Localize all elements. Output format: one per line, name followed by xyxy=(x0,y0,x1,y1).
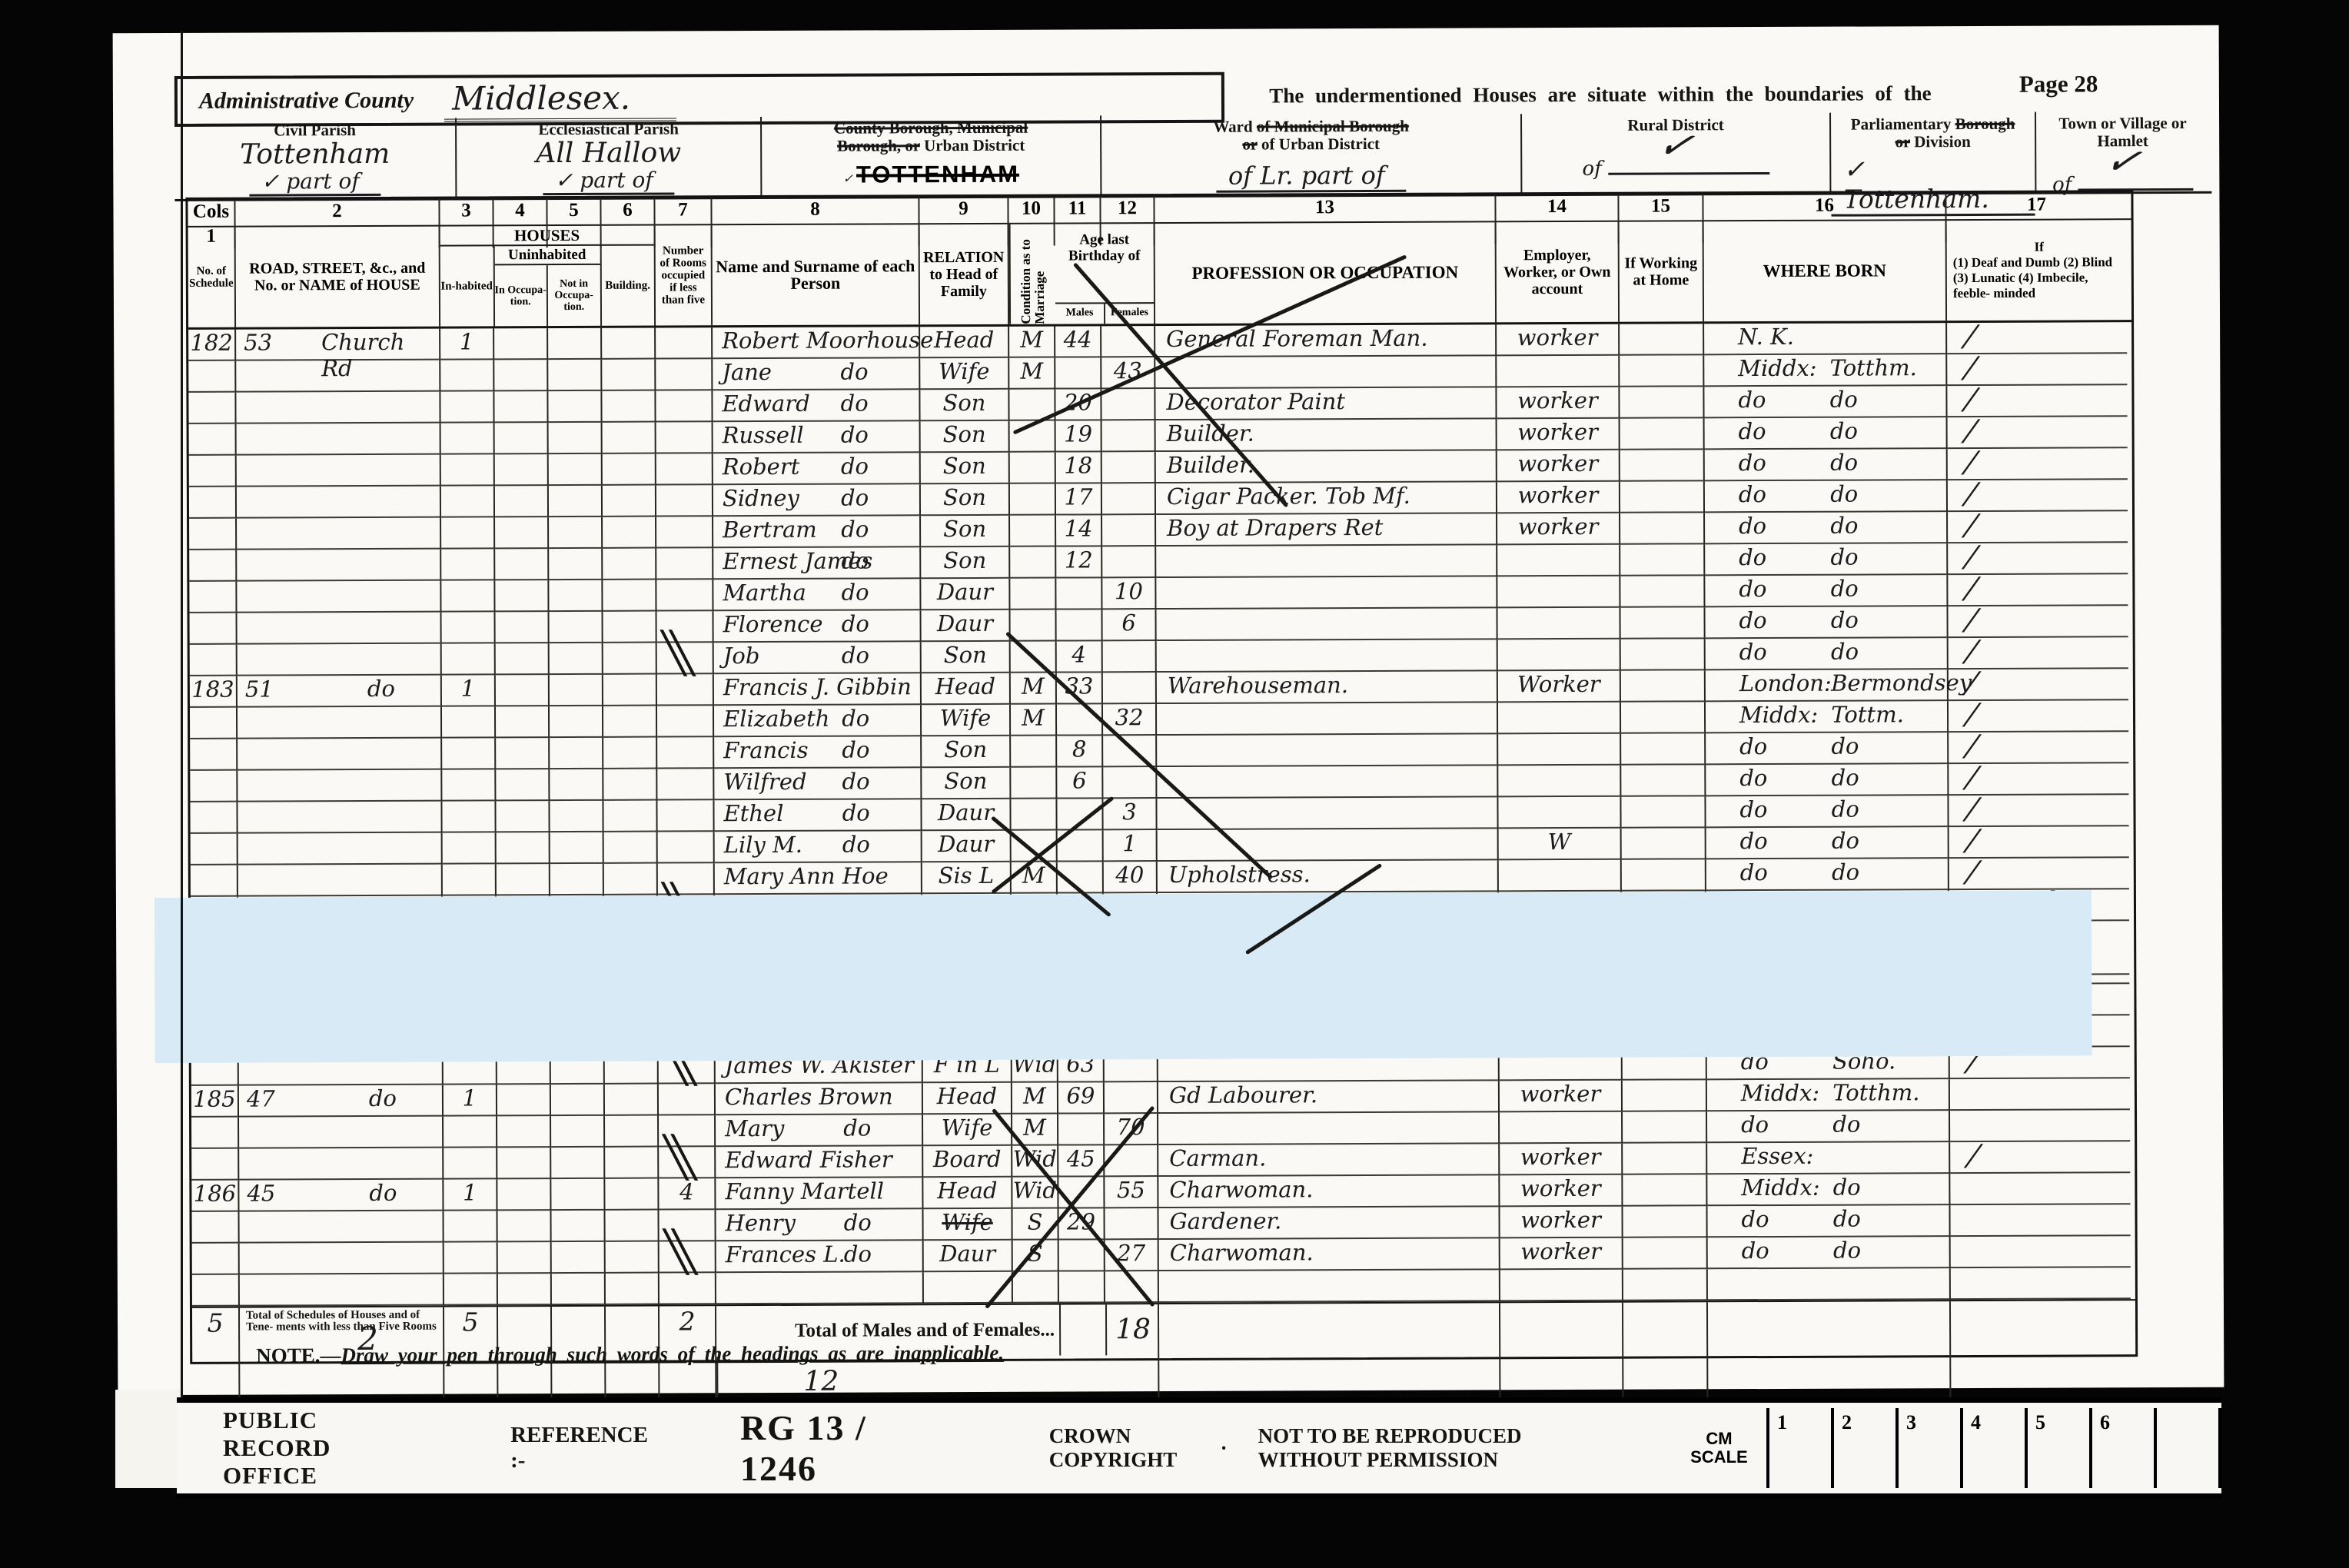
cell-uninhabited-not xyxy=(550,769,603,801)
born-county: Essex: xyxy=(1741,1143,1813,1169)
cell-uninhabited-occupied xyxy=(495,580,549,612)
cell-name: Charles Brown xyxy=(716,1083,923,1115)
cell-uninhabited-occupied xyxy=(496,769,550,801)
cell-age-male: 6 xyxy=(1057,767,1103,799)
cell-relation: Son xyxy=(921,453,1010,484)
person-name: Edward Fisher xyxy=(725,1146,892,1173)
cell-uninhabited-not xyxy=(550,612,603,643)
page-binding-line xyxy=(181,31,183,1485)
cell-schedule xyxy=(189,424,237,456)
cell-inhabited xyxy=(442,801,496,832)
born-place: do xyxy=(1830,513,1858,539)
header-condition: Condition as to Marriage xyxy=(1009,224,1055,324)
infirmity-tick: / xyxy=(1963,449,1979,475)
header-name: Name and Surname of each Person xyxy=(713,224,920,325)
cell-infirmity: / xyxy=(1948,417,2128,449)
cell-employer: worker xyxy=(1497,482,1620,514)
cell-rooms xyxy=(657,706,714,737)
cell-working-at-home xyxy=(1621,670,1706,702)
cell-building xyxy=(602,360,656,391)
occupation-text: Gardener. xyxy=(1169,1208,1281,1234)
ditto-mark: do xyxy=(842,705,869,731)
cell-uninhabited-not xyxy=(549,454,603,486)
born-county: do xyxy=(1739,639,1767,665)
cell-uninhabited-not xyxy=(550,864,604,895)
cell-working-at-home xyxy=(1621,796,1706,828)
cell-employer: worker xyxy=(1500,1207,1623,1239)
infirmity-tick: / xyxy=(1965,827,1980,853)
cell-occupation: Carman. xyxy=(1158,1144,1500,1177)
cell-occupation xyxy=(1157,766,1498,799)
cell-rooms xyxy=(656,517,713,548)
cell-infirmity xyxy=(1950,1110,2130,1142)
cell-address xyxy=(236,360,440,393)
cell-condition: M xyxy=(1011,705,1057,736)
cell-uninhabited-occupied xyxy=(497,1085,551,1116)
cell-inhabited xyxy=(441,517,495,549)
county-borough-label: County Borough, MunicipalBorough, or Urb… xyxy=(834,119,1028,155)
born-place: do xyxy=(1832,765,1859,791)
cell-age-male xyxy=(1056,610,1102,641)
cell-relation: Wife xyxy=(923,1209,1012,1241)
cell-working-at-home xyxy=(1620,607,1705,639)
ditto-mark: do xyxy=(841,421,869,447)
cell-age-male: 14 xyxy=(1056,515,1102,546)
cell-inhabited xyxy=(441,454,495,486)
household-separator-mark: ╲╲ xyxy=(664,1229,682,1275)
cell-rooms xyxy=(659,1084,716,1115)
cm-scale-cell-1: 1 xyxy=(1769,1408,1834,1488)
header-infirmity: If (1) Deaf and Dumb (2) Blind (3) Lunat… xyxy=(1947,220,2127,321)
cell-employer: worker xyxy=(1497,324,1620,357)
born-place: do xyxy=(1832,1111,1860,1138)
cell-age-male xyxy=(1056,578,1102,610)
civil-parish-cell: Civil Parish Tottenham ✓ part of xyxy=(174,118,457,199)
cell-name: Wilfreddo xyxy=(714,768,922,800)
ditto-mark: do xyxy=(842,768,869,794)
cell-name: Marthado xyxy=(713,579,921,611)
cell-occupation: Warehouseman. xyxy=(1157,671,1498,704)
cell-employer xyxy=(1499,860,1622,892)
cell-schedule xyxy=(189,487,237,519)
cell-schedule xyxy=(191,834,238,865)
cell-uninhabited-not xyxy=(548,360,602,391)
cell-relation: Son xyxy=(922,642,1011,673)
cell-age-male xyxy=(1059,1271,1105,1303)
cell-address xyxy=(238,802,442,834)
cell-building xyxy=(605,1179,659,1211)
cell-condition xyxy=(1010,453,1056,484)
cell-inhabited xyxy=(444,1211,497,1242)
cell-occupation: Builder. xyxy=(1156,450,1497,483)
cell-where-born: dodo xyxy=(1708,1237,1951,1269)
cell-schedule xyxy=(190,802,238,834)
cell-uninhabited-not xyxy=(552,1274,606,1305)
cell-name: Francisdo xyxy=(714,736,922,769)
cell-building xyxy=(603,486,656,517)
film-edge-strip xyxy=(115,1390,181,1488)
infirmity-tick: / xyxy=(1964,701,1979,727)
cell-inhabited xyxy=(440,360,494,391)
cell-condition xyxy=(1010,484,1056,516)
cell-relation: Son xyxy=(920,390,1009,421)
cell-relation: Head xyxy=(923,1083,1012,1115)
cell-building xyxy=(602,328,656,360)
cell-rooms: ╲╲ xyxy=(659,1147,716,1178)
cell-where-born: dodo xyxy=(1706,859,1949,891)
person-name: Francis xyxy=(723,737,808,763)
cm-scale-cell-6: 6 xyxy=(2092,1408,2157,1488)
household-separator-mark: ╲╲ xyxy=(663,1134,681,1181)
cell-uninhabited-occupied xyxy=(494,391,548,423)
cell-rooms xyxy=(656,422,713,453)
cell-age-male xyxy=(1057,799,1103,830)
reference-label: REFERENCE :- xyxy=(510,1423,648,1473)
cell-where-born: dodo xyxy=(1706,733,1949,765)
cell-where-born: dodo xyxy=(1705,417,1948,450)
cell-schedule xyxy=(189,456,237,487)
cell-infirmity: / xyxy=(1948,543,2128,575)
cell-working-at-home xyxy=(1623,1174,1707,1206)
county-borough-cell: County Borough, MunicipalBorough, or Urb… xyxy=(762,115,1101,197)
cell-age-male: 17 xyxy=(1056,483,1102,515)
address-number: 51 xyxy=(245,676,274,702)
header-relation: RELATION to Head of Family xyxy=(920,224,1009,324)
cell-schedule xyxy=(191,865,238,897)
born-county: do xyxy=(1739,544,1766,570)
header-rooms: Number of Rooms occupied if less than fi… xyxy=(656,225,713,325)
cell-schedule xyxy=(190,708,238,739)
separator-dot: · xyxy=(1221,1437,1228,1460)
ward-cell: Ward of Municipal Boroughor of Urban Dis… xyxy=(1101,114,1522,195)
cell-infirmity: / xyxy=(1947,385,2127,417)
cell-age-female xyxy=(1102,515,1156,546)
total-males-females-label: Total of Males and of Females... xyxy=(716,1320,1059,1343)
cell-infirmity xyxy=(1950,1078,2130,1111)
cell-working-at-home xyxy=(1621,765,1706,796)
cell-relation: Wife xyxy=(922,705,1011,736)
header-uninhabited: Uninhabited xyxy=(494,246,600,266)
cell-building xyxy=(606,1274,660,1305)
cell-uninhabited-not xyxy=(549,423,603,454)
cell-uninhabited-occupied xyxy=(495,454,549,486)
cell-inhabited xyxy=(443,832,497,864)
cell-infirmity: / xyxy=(1949,669,2128,701)
cm-scale-cell-4: 4 xyxy=(1963,1408,2028,1488)
person-name: Charles Brown xyxy=(725,1083,893,1110)
ecclesiastical-parish-cell: Ecclesiastical Parish All Hallow ✓ part … xyxy=(457,117,762,198)
cell-employer xyxy=(1497,545,1620,577)
cell-inhabited xyxy=(442,643,496,675)
rural-district-cell: Rural District ✓ of xyxy=(1522,113,1831,194)
cell-inhabited: 1 xyxy=(442,675,496,706)
cell-address xyxy=(237,487,441,519)
cell-address xyxy=(238,644,442,676)
person-name: Henry xyxy=(725,1210,796,1236)
ditto-mark: do xyxy=(841,547,869,573)
ditto-mark: do xyxy=(844,1209,872,1235)
cell-where-born: dodo xyxy=(1705,449,1948,481)
cell-address xyxy=(238,833,443,865)
cell-building xyxy=(603,643,657,675)
address-number: 53 xyxy=(244,329,272,355)
cell-occupation: Gardener. xyxy=(1158,1207,1500,1240)
cell-address xyxy=(238,613,442,645)
admin-county-value: Middlesex. xyxy=(444,78,676,121)
cell-where-born: dodo xyxy=(1706,827,1949,859)
cell-inhabited: 1 xyxy=(444,1179,497,1211)
cell-name: Francis J. Gibbin xyxy=(714,673,922,706)
address-number: 45 xyxy=(247,1180,275,1206)
ecclesiastical-parish-label: Ecclesiastical Parish xyxy=(538,120,679,138)
born-county: N. K. xyxy=(1738,324,1794,350)
cell-where-born: dodo xyxy=(1705,543,1948,576)
ditto-mark: do xyxy=(841,453,869,479)
header-age-group: Age last Birthday of Males Females xyxy=(1055,224,1155,324)
cell-age-male: 12 xyxy=(1056,546,1102,578)
cell-address xyxy=(237,424,441,456)
cell-occupation: Gd Labourer. xyxy=(1158,1081,1500,1114)
cell-infirmity: / xyxy=(1948,448,2128,480)
infirmity-tick: / xyxy=(1965,796,1980,822)
cell-age-male xyxy=(1058,1114,1105,1145)
cell-building xyxy=(603,549,656,580)
cell-occupation: Cigar Packer. Tob Mf. xyxy=(1156,482,1497,515)
cell-infirmity: / xyxy=(1947,322,2127,354)
cell-uninhabited-not xyxy=(552,1242,606,1274)
ecclesiastical-parish-sub: ✓ part of xyxy=(543,167,675,195)
ditto-mark: do xyxy=(842,642,869,668)
cell-building xyxy=(603,706,657,738)
cell-address: 51do xyxy=(238,676,442,708)
occupation-text: Warehouseman. xyxy=(1168,672,1348,699)
cell-name: Jobdo xyxy=(714,642,922,674)
cell-working-at-home xyxy=(1620,450,1705,481)
infirmity-tick: / xyxy=(1963,354,1979,380)
cell-schedule xyxy=(189,550,237,582)
highlighted-record-band xyxy=(154,890,2092,1063)
header-age: Age last Birthday of xyxy=(1055,224,1154,302)
cell-working-at-home xyxy=(1620,387,1704,418)
permission-notice: NOT TO BE REPRODUCED WITHOUT PERMISSION xyxy=(1258,1424,1590,1472)
cell-rooms xyxy=(657,737,714,769)
cell-building xyxy=(605,1116,659,1148)
cell-uninhabited-occupied xyxy=(496,675,550,706)
infirmity-tick: / xyxy=(1964,543,1979,570)
cell-name: Sidneydo xyxy=(713,484,921,517)
cell-inhabited xyxy=(442,738,496,769)
cell-occupation xyxy=(1156,608,1497,641)
cell-infirmity: / xyxy=(1949,795,2128,827)
cell-age-male: 69 xyxy=(1058,1082,1105,1114)
cell-where-born: dodo xyxy=(1706,796,1949,828)
born-place: do xyxy=(1833,1237,1861,1264)
cell-uninhabited-occupied xyxy=(497,1211,551,1242)
cell-uninhabited-occupied xyxy=(494,328,548,360)
cell-where-born: dodo xyxy=(1705,480,1948,513)
cell-where-born: Middx:Totthm. xyxy=(1707,1079,1950,1111)
cell-schedule: 182 xyxy=(188,330,236,361)
cell-inhabited xyxy=(441,580,495,612)
cell-rooms xyxy=(657,674,714,706)
column-headers-row: No. of Schedule ROAD, STREET, &c., and N… xyxy=(188,220,2131,330)
cell-uninhabited-not xyxy=(550,643,603,675)
cell-age-male xyxy=(1059,1240,1105,1271)
cell-employer: worker xyxy=(1497,513,1620,546)
cell-name: Henrydo xyxy=(716,1209,923,1241)
cell-name: Robertdo xyxy=(713,453,921,485)
total-males: 18 xyxy=(1105,1304,1159,1355)
cell-rooms xyxy=(657,800,714,832)
cell-address xyxy=(237,455,441,487)
cell-inhabited xyxy=(442,769,496,801)
cell-occupation: Charwoman. xyxy=(1159,1238,1500,1271)
cm-scale-label: CM SCALE xyxy=(1690,1430,1748,1467)
cell-working-at-home xyxy=(1620,481,1705,513)
cell-age-male: 4 xyxy=(1057,641,1103,673)
cell-building xyxy=(603,454,656,486)
infirmity-tick: / xyxy=(1966,1142,1982,1168)
cell-occupation: Builder. xyxy=(1156,419,1497,452)
cell-employer xyxy=(1497,576,1620,609)
cell-age-male xyxy=(1057,704,1103,736)
cell-uninhabited-occupied xyxy=(494,360,548,391)
header-uninhabited-group: Uninhabited In Occupa- tion. Not in Occu… xyxy=(494,246,601,327)
born-place: do xyxy=(1832,796,1859,822)
cell-working-at-home xyxy=(1621,733,1706,765)
civil-parish-sub: ✓ part of xyxy=(249,168,381,197)
person-name: Russell xyxy=(723,422,804,448)
person-name: Mary xyxy=(725,1115,784,1141)
cell-condition xyxy=(1011,799,1057,831)
cell-building xyxy=(605,1148,659,1179)
cell-building xyxy=(603,769,657,801)
cell-address xyxy=(239,1211,444,1244)
person-name: Wilfred xyxy=(723,769,806,795)
infirmity-tick: / xyxy=(1965,733,1980,759)
cell-building xyxy=(605,1085,659,1116)
cell-relation: Head xyxy=(920,327,1009,358)
cell-address xyxy=(238,707,442,739)
cell-name: Edwarddo xyxy=(713,390,920,422)
cell-relation: Head xyxy=(923,1178,1012,1209)
cell-age-female: 1 xyxy=(1104,830,1158,862)
cell-condition xyxy=(1013,1272,1059,1304)
occupation-text: Gd Labourer. xyxy=(1169,1081,1317,1108)
cell-rooms: ╲╲ xyxy=(660,1241,716,1273)
born-place: do xyxy=(1830,544,1858,570)
born-county: do xyxy=(1739,513,1766,539)
cell-where-born: dodo xyxy=(1706,638,1949,670)
cell-age-male: 19 xyxy=(1056,420,1102,452)
infirmity-tick: / xyxy=(1965,859,1980,885)
ditto-mark: do xyxy=(842,831,870,857)
cell-working-at-home xyxy=(1620,513,1705,544)
born-place: do xyxy=(1831,607,1859,633)
cell-address: 45do xyxy=(239,1180,444,1212)
total-schedules-value: 5 xyxy=(192,1308,241,1410)
cell-condition: M xyxy=(1009,327,1055,358)
cell-schedule xyxy=(191,1212,239,1244)
cell-where-born: dodo xyxy=(1704,386,1947,418)
ditto-mark: do xyxy=(840,358,868,384)
cell-occupation xyxy=(1157,734,1498,767)
cell-inhabited: 1 xyxy=(440,328,494,360)
total-schedules-label: Total of Schedules of Houses and of Tene… xyxy=(240,1307,443,1334)
cell-occupation: General Foreman Man. xyxy=(1155,324,1497,357)
cell-occupation xyxy=(1157,703,1498,736)
cell-inhabited xyxy=(443,864,497,895)
cell-age-female: 10 xyxy=(1102,578,1156,610)
cell-working-at-home xyxy=(1620,544,1705,576)
born-place: do xyxy=(1833,1206,1861,1232)
cell-age-female xyxy=(1101,389,1155,420)
header-building: Building. xyxy=(601,246,654,326)
cell-where-born: dodo xyxy=(1705,575,1948,607)
cell-rooms xyxy=(656,580,713,611)
cell-employer xyxy=(1498,639,1621,672)
cell-relation: Son xyxy=(921,516,1010,547)
cell-inhabited xyxy=(444,1116,497,1148)
ditto-mark: do xyxy=(841,390,869,416)
cell-employer xyxy=(1498,766,1621,798)
cell-uninhabited-not xyxy=(551,1211,605,1242)
cell-age-female: 3 xyxy=(1103,799,1157,830)
header-schedule: No. of Schedule xyxy=(188,228,236,327)
cell-address xyxy=(239,1148,444,1181)
cell-where-born: London:Bermondsey xyxy=(1706,669,1949,702)
household-separator-mark: ╲╲ xyxy=(662,630,679,676)
footnote-prefix: NOTE.— xyxy=(256,1344,341,1367)
cell-rooms: 4 xyxy=(659,1178,716,1210)
header-road: ROAD, STREET, &c., and No. or NAME of HO… xyxy=(236,227,440,327)
cell-where-born: Middx:do xyxy=(1707,1174,1950,1206)
cell-infirmity: / xyxy=(1949,826,2129,859)
cell-name xyxy=(716,1272,924,1304)
page-number: Page 28 xyxy=(2019,70,2098,98)
cell-occupation xyxy=(1155,356,1497,389)
cell-address xyxy=(237,518,441,550)
cell-name: Russelldo xyxy=(713,421,921,453)
cell-building xyxy=(603,580,656,612)
cell-rooms xyxy=(656,548,713,580)
occupation-text: Boy at Drapers Ret xyxy=(1167,514,1383,541)
person-name: Bertram xyxy=(723,517,817,543)
cell-relation: Son xyxy=(922,736,1011,768)
person-name: Fanny Martell xyxy=(725,1178,884,1204)
born-place: Totthm. xyxy=(1832,1079,1919,1105)
header-houses-group: HOUSES In-habited Uninhabited In Occupa-… xyxy=(440,226,656,327)
cell-age-female xyxy=(1103,673,1157,704)
cell-name: Elizabethdo xyxy=(714,705,922,737)
town-village-cell: Town or Village or Hamlet ✓ of xyxy=(2036,111,2209,192)
cell-uninhabited-not xyxy=(550,832,604,864)
ditto-mark: do xyxy=(842,799,870,826)
header-profession: PROFESSION OR OCCUPATION xyxy=(1155,222,1497,324)
occupation-text: Builder. xyxy=(1167,420,1254,447)
cell-occupation xyxy=(1157,797,1498,830)
header-houses: HOUSES xyxy=(440,226,654,247)
cell-name: Florencedo xyxy=(714,610,922,643)
cell-rooms xyxy=(656,485,713,517)
cm-scale-cell-3: 3 xyxy=(1899,1408,1963,1488)
cell-age-male: 44 xyxy=(1055,326,1101,357)
born-county: Middx: xyxy=(1741,1174,1819,1201)
cell-condition xyxy=(1010,579,1056,610)
infirmity-tick: / xyxy=(1964,512,1979,538)
cell-name: Bertramdo xyxy=(713,516,921,548)
cell-schedule xyxy=(190,739,238,771)
